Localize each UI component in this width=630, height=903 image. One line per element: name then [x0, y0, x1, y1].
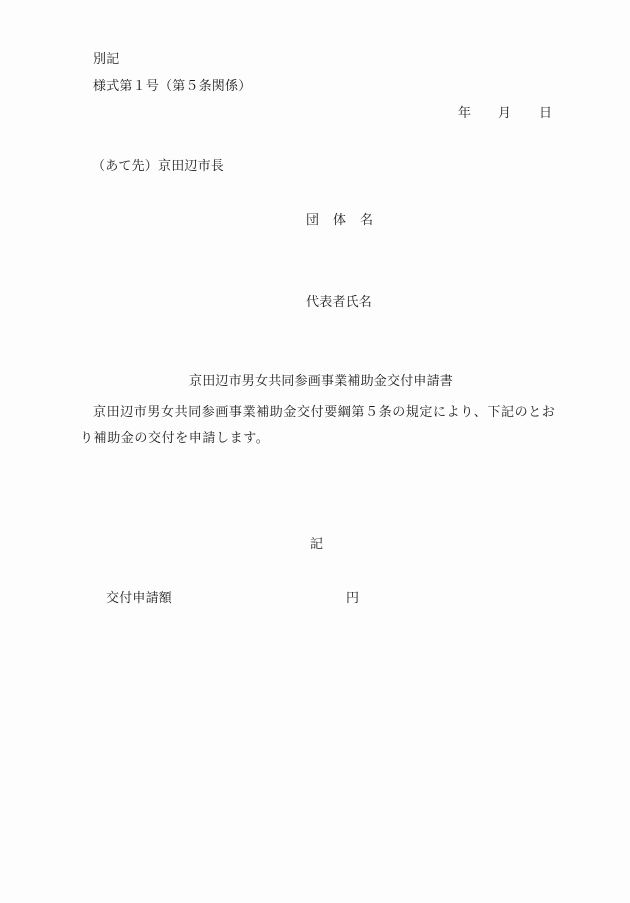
annex-label: 別記: [93, 52, 119, 68]
organization-name-label: 団体名: [306, 213, 387, 229]
date-month-label: 月: [498, 106, 511, 122]
date-day-label: 日: [539, 106, 552, 122]
page-title: 京田辺市男女共同参画事業補助金交付申請書: [189, 374, 453, 390]
currency-unit-label: 円: [346, 591, 359, 607]
application-amount-label: 交付申請額: [106, 591, 172, 607]
addressee: （あて先）京田辺市長: [92, 159, 224, 175]
application-body-text: 京田辺市男女共同参画事業補助金交付要綱第５条の規定により、下記のとおり補助金の交…: [80, 400, 558, 452]
form-number: 様式第１号（第５条関係）: [93, 79, 251, 95]
date-year-label: 年: [458, 106, 471, 122]
representative-name-label: 代表者氏名: [306, 295, 372, 311]
note-heading: 記: [310, 537, 323, 553]
